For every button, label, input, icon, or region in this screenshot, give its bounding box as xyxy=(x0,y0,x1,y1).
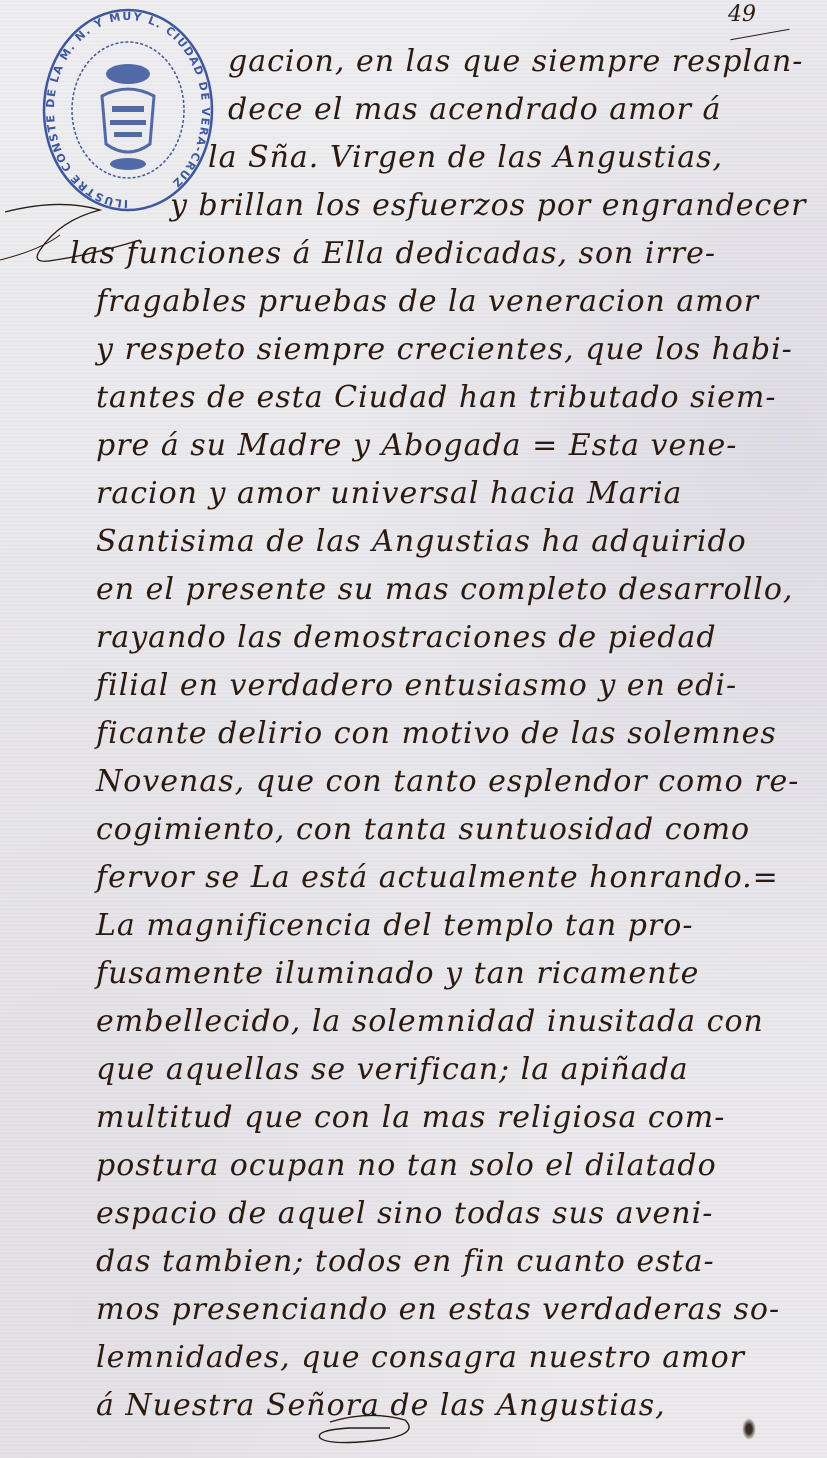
text-line-11: Santisima de las Angustias ha adquirido xyxy=(96,524,747,559)
manuscript-page: ILUSTRE CONSTE DE LA M. N. Y MUY L. CIUD… xyxy=(0,0,827,1458)
text-line-28: lemnidades, que consagra nuestro amor xyxy=(96,1340,745,1375)
text-line-7: y respeto siempre crecientes, que los ha… xyxy=(96,332,793,367)
text-line-24: postura ocupan no tan solo el dilatado xyxy=(96,1148,717,1183)
text-line-20: fusamente iluminado y tan ricamente xyxy=(96,956,699,991)
text-line-25: espacio de aquel sino todas sus aveni- xyxy=(96,1196,713,1231)
text-line-5: las funciones á Ella dedicadas, son irre… xyxy=(70,236,716,271)
text-line-26: das tambien; todos en fin cuanto esta- xyxy=(96,1244,715,1279)
text-line-3: la Sña. Virgen de las Angustias, xyxy=(208,140,723,175)
text-line-1: gacion, en las que siempre resplan- xyxy=(228,44,803,79)
text-line-15: ficante delirio con motivo de las solemn… xyxy=(96,716,777,751)
text-line-21: embellecido, la solemnidad inusitada con xyxy=(96,1004,764,1039)
page-number: 49 xyxy=(728,2,756,27)
text-line-17: cogimiento, con tanta suntuosidad como xyxy=(96,812,750,847)
text-line-13: rayando las demostraciones de piedad xyxy=(96,620,717,655)
text-line-19: La magnificencia del templo tan pro- xyxy=(96,908,693,943)
text-line-27: mos presenciando en estas verdaderas so- xyxy=(96,1292,780,1327)
text-line-6: fragables pruebas de la veneracion amor xyxy=(96,284,759,319)
text-line-22: que aquellas se verifican; la apiñada xyxy=(96,1052,689,1087)
text-line-10: racion y amor universal hacia Maria xyxy=(96,476,682,511)
text-line-12: en el presente su mas completo desarroll… xyxy=(96,572,793,607)
text-line-18: fervor se La está actualmente honrando.= xyxy=(96,860,779,895)
text-line-8: tantes de esta Ciudad han tributado siem… xyxy=(96,380,776,415)
seal-stamp-icon: ILUSTRE CONSTE DE LA M. N. Y MUY L. CIUD… xyxy=(40,4,216,212)
page-number-underline xyxy=(730,29,789,40)
text-line-16: Novenas, que con tanto esplendor como re… xyxy=(96,764,799,799)
ink-blot xyxy=(742,1418,756,1440)
text-line-14: filial en verdadero entusiasmo y en edi- xyxy=(96,668,737,703)
text-line-9: pre á su Madre y Abogada = Esta vene- xyxy=(96,428,737,463)
closing-flourish-icon xyxy=(310,1410,420,1446)
text-line-2: dece el mas acendrado amor á xyxy=(228,92,721,127)
text-line-23: multitud que con la mas religiosa com- xyxy=(96,1100,725,1135)
text-line-4: y brillan los esfuerzos por engrandecer xyxy=(170,188,806,223)
